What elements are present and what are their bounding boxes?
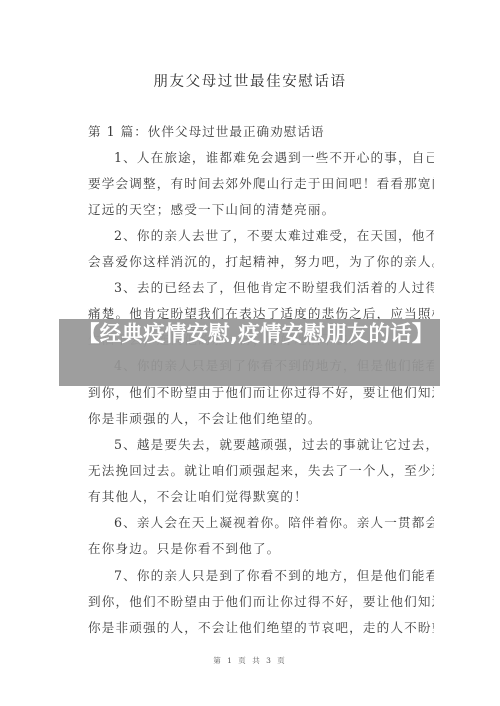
body-line: 6、亲人会在天上凝视着你。陪伴着你。亲人一贯都会 xyxy=(88,515,434,531)
section-heading: 第 1 篇：伙伴父母过世最正确劝慰话语 xyxy=(88,124,434,140)
body-line: 5、越是要失去，就要越顽强，过去的事就让它过去， xyxy=(88,437,434,453)
body-line: 到你，他们不盼望由于他们而让你过得不好，要让他们知道 xyxy=(88,385,434,401)
body-line: 辽远的天空；感受一下山间的清楚亮丽。 xyxy=(88,202,434,218)
title-overlay-banner[interactable]: 【经典疫情安慰,疫情安慰朋友的话】 xyxy=(59,319,440,386)
document-title: 朋友父母过世最佳安慰话语 xyxy=(0,70,500,91)
body-line: 1、人在旅途，谁都难免会遇到一些不开心的事，自己 xyxy=(88,150,434,166)
body-line: 2、你的亲人去世了，不要太难过难受，在天国，他不 xyxy=(88,228,434,244)
body-line: 有其他人，不会让咱们觉得默寞的！ xyxy=(88,489,434,505)
page-footer: 第 1 页 共 3 页 xyxy=(0,655,500,666)
body-line: 你是非顽强的人，不会让他们绝望的。 xyxy=(88,411,434,427)
body-line: 7、你的亲人只是到了你看不到的地方，但是他们能看 xyxy=(88,568,434,584)
body-line: 3、去的已经去了，但他肯定不盼望我们活着的人过得 xyxy=(88,280,434,296)
body-line: 无法挽回过去。就让咱们顽强起来，失去了一个人，至少还 xyxy=(88,463,434,479)
body-line: 你是非顽强的人，不会让他们绝望的节哀吧，走的人不盼望 xyxy=(88,620,434,636)
body-line: 到你，他们不盼望由于他们而让你过得不好，要让他们知道 xyxy=(88,594,434,610)
body-line: 会喜爱你这样消沉的，打起精神，努力吧，为了你的亲人。 xyxy=(88,254,434,270)
body-line: 在你身边。只是你看不到他了。 xyxy=(88,541,434,557)
banner-title: 【经典疫情安慰,疫情安慰朋友的话】 xyxy=(59,321,440,349)
body-line: 要学会调整，有时间去郊外爬山行走于田间吧！看看那宽阔 xyxy=(88,176,434,192)
